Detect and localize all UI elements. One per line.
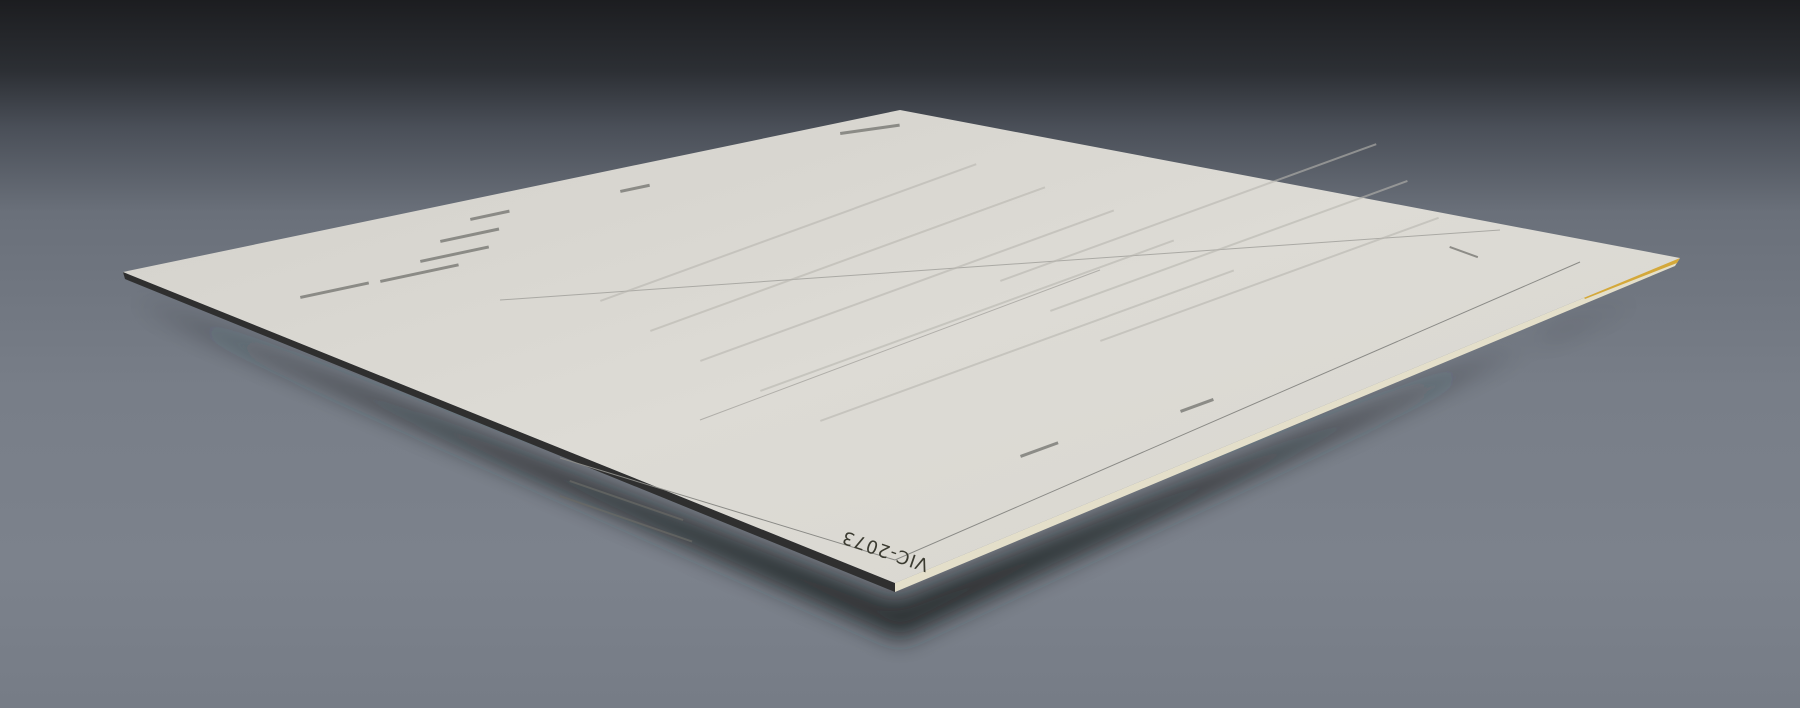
jacket-face (123, 110, 1680, 583)
photo-scene: VIC-2073 (0, 0, 1800, 708)
record-jacket-illustration (0, 0, 1800, 708)
